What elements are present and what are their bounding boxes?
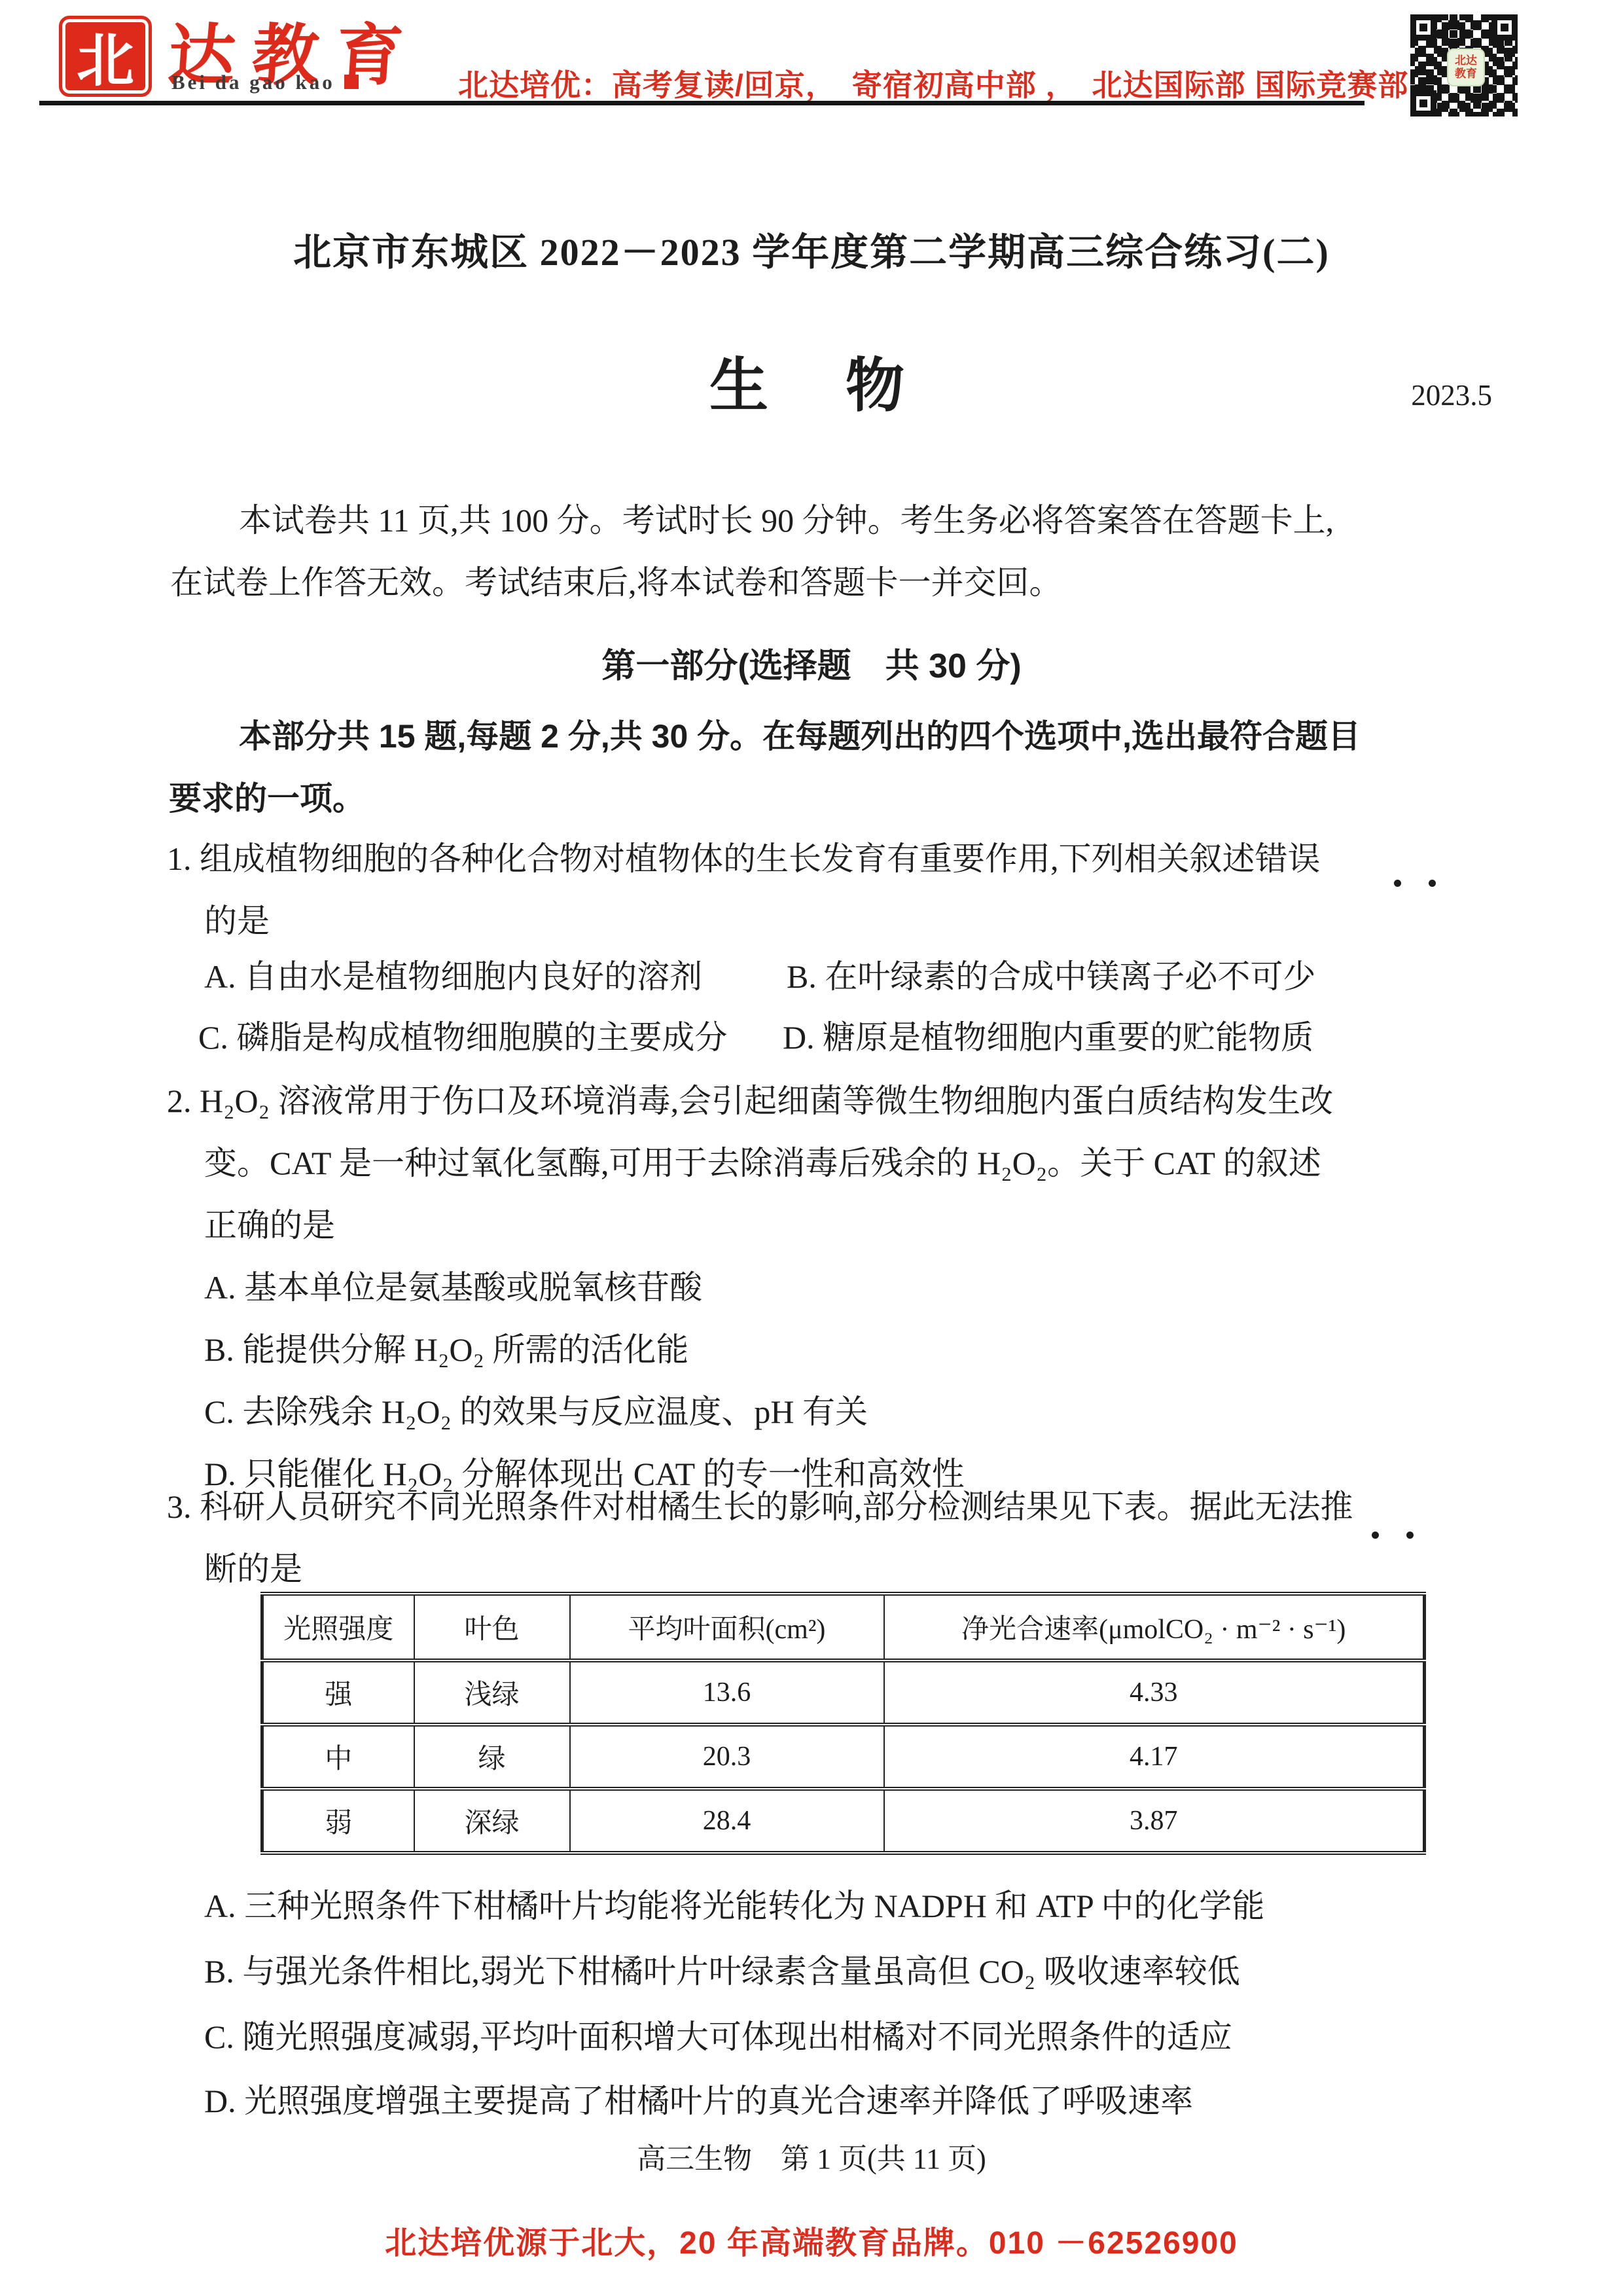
qr-finder-top-right [1491, 14, 1518, 41]
part1-heading: 第一部分(选择题 共 30 分) [0, 638, 1623, 687]
emphasis-dot [1372, 1532, 1379, 1539]
table-cell: 弱 [262, 1789, 414, 1853]
question-1-option-d: D. 糖原是植物细胞内重要的贮能物质 [783, 1018, 1313, 1057]
table-cell: 浅绿 [414, 1660, 570, 1725]
table-cell: 绿 [414, 1725, 570, 1789]
qr-center-text-line2: 教育 [1455, 67, 1477, 81]
qr-center-logo: 北达 教育 [1447, 48, 1485, 86]
question-1-option-b: B. 在叶绿素的合成中镁离子必不可少 [787, 957, 1315, 996]
intro-line-1: 本试卷共 11 页,共 100 分。考试时长 90 分钟。考生务必将答案答在答题… [239, 501, 1334, 540]
question-1-line-1: 1. 组成植物细胞的各种化合物对植物体的生长发育有重要作用,下列相关叙述错误 [167, 839, 1321, 878]
exam-date: 2023.5 [1335, 378, 1492, 412]
question-2-option-c: C. 去除残余 H₂O₂ 的效果与反应温度、pH 有关 [204, 1392, 868, 1431]
question-2-line-3: 正确的是 [204, 1206, 335, 1245]
question-2-option-b: B. 能提供分解 H₂O₂ 所需的活化能 [204, 1330, 688, 1369]
logo-seal: 北 [59, 16, 152, 97]
part1-note-line-1: 本部分共 15 题,每题 2 分,共 30 分。在每题列出的四个选项中,选出最符… [239, 717, 1361, 756]
emphasis-dot [1406, 1532, 1414, 1539]
question-3-option-b: B. 与强光条件相比,弱光下柑橘叶片叶绿素含量虽高但 CO₂ 吸收速率较低 [204, 1952, 1240, 1991]
question-2-line-1: 2. H₂O₂ 溶液常用于伤口及环境消毒,会引起细菌等微生物细胞内蛋白质结构发生… [167, 1081, 1333, 1121]
header-divider [39, 101, 1364, 105]
part1-note-line-2: 要求的一项。 [169, 779, 365, 818]
table-header-avg-leaf-area: 平均叶面积(cm²) [570, 1594, 884, 1660]
emphasis-dot [1394, 880, 1401, 887]
logo-red-square [344, 75, 359, 89]
question-3-option-d: D. 光照强度增强主要提高了柑橘叶片的真光合速率并降低了呼吸速率 [204, 2081, 1193, 2121]
exam-page: 北 达教育 Bei da gao kao 北达培优：高考复读/回京， 寄宿初高中… [0, 0, 1623, 2296]
question-2-option-a: A. 基本单位是氨基酸或脱氧核苷酸 [204, 1268, 702, 1307]
question-3-line-2: 断的是 [204, 1549, 302, 1588]
table-header-light-intensity: 光照强度 [262, 1594, 414, 1660]
table-cell: 强 [262, 1660, 414, 1725]
table-header-net-photosynthesis-rate: 净光合速率(μmolCO₂ · m⁻² · s⁻¹) [884, 1594, 1425, 1660]
table-cell: 20.3 [570, 1725, 884, 1789]
table-cell: 深绿 [414, 1789, 570, 1853]
emphasis-dot [1429, 880, 1436, 887]
table-cell: 中 [262, 1725, 414, 1789]
table-header-leaf-color: 叶色 [414, 1594, 570, 1660]
bottom-banner: 北达培优源于北大，20 年高端教育品牌。010 －62526900 [0, 2217, 1623, 2263]
question-3-option-a: A. 三种光照条件下柑橘叶片均能将光能转化为 NADPH 和 ATP 中的化学能 [204, 1886, 1264, 1926]
page-footer: 高三生物 第 1 页(共 11 页) [0, 2135, 1623, 2177]
table-row: 弱 深绿 28.4 3.87 [262, 1789, 1425, 1853]
table-cell: 4.17 [884, 1725, 1425, 1789]
light-condition-data-table: 光照强度 叶色 平均叶面积(cm²) 净光合速率(μmolCO₂ · m⁻² ·… [260, 1592, 1426, 1855]
question-3-option-c: C. 随光照强度减弱,平均叶面积增大可体现出柑橘对不同光照条件的适应 [204, 2017, 1232, 2056]
header-tagline: 北达培优：高考复读/回京， 寄宿初高中部 ， 北达国际部 国际竞赛部 [458, 62, 1408, 105]
logo-subtitle: Bei da gao kao [171, 71, 359, 94]
question-1-option-a: A. 自由水是植物细胞内良好的溶剂 [204, 957, 702, 996]
table-cell: 28.4 [570, 1789, 884, 1853]
table-cell: 13.6 [570, 1660, 884, 1725]
table-row: 强 浅绿 13.6 4.33 [262, 1660, 1425, 1725]
question-2-line-2: 变。CAT 是一种过氧化氢酶,可用于去除消毒后残余的 H₂O₂。关于 CAT 的… [204, 1143, 1321, 1183]
intro-line-2: 在试卷上作答无效。考试结束后,将本试卷和答题卡一并交回。 [170, 563, 1062, 602]
question-3-line-1: 3. 科研人员研究不同光照条件对柑橘生长的影响,部分检测结果见下表。据此无法推 [167, 1487, 1353, 1526]
exam-title: 北京市东城区 2022－2023 学年度第二学期高三综合练习(二) [0, 221, 1623, 276]
table-cell: 4.33 [884, 1660, 1425, 1725]
question-1-option-c: C. 磷脂是构成植物细胞膜的主要成分 [198, 1018, 727, 1057]
qr-finder-top-left [1410, 14, 1436, 41]
question-1-line-2: 的是 [204, 901, 270, 941]
table-cell: 3.87 [884, 1789, 1425, 1853]
qr-finder-bottom-left [1410, 90, 1436, 117]
logo-subtitle-text: Bei da gao kao [171, 71, 335, 94]
logo-seal-character: 北 [77, 15, 134, 98]
qr-code: 北达 教育 [1410, 14, 1518, 117]
qr-center-text-line1: 北达 [1455, 54, 1477, 67]
table-header-row: 光照强度 叶色 平均叶面积(cm²) 净光合速率(μmolCO₂ · m⁻² ·… [262, 1594, 1425, 1660]
table-row: 中 绿 20.3 4.17 [262, 1725, 1425, 1789]
